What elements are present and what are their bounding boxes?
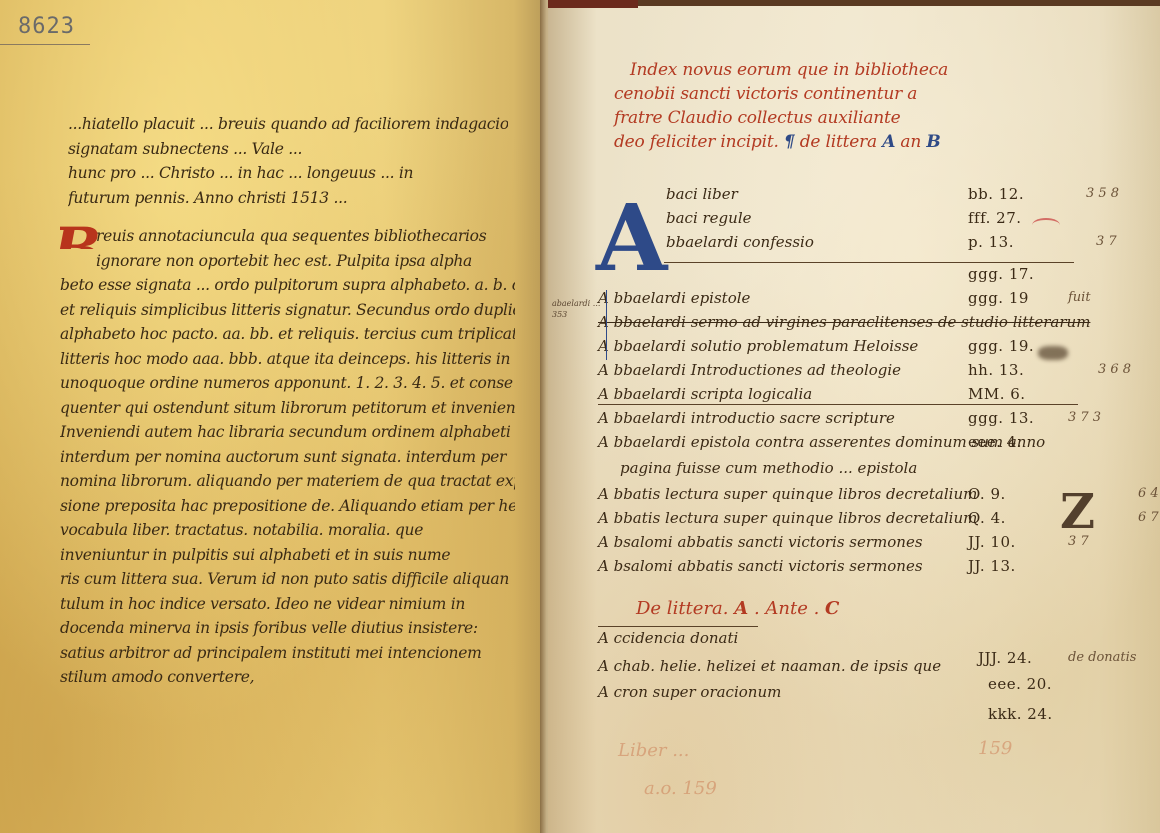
entry-shelfmark: JJ. 13. — [968, 554, 1016, 578]
index-entry: ggg. 17. — [598, 262, 1158, 286]
entry-title: A cron super oracionum — [598, 680, 781, 704]
entry-title: bbaelardi confessio — [666, 230, 814, 254]
entry-note: 3 5 8 — [1086, 182, 1119, 206]
index-entries: baci liber bb. 12. 3 5 8 baci regule fff… — [548, 6, 1160, 833]
entry-shelfmark: hh. 13. — [968, 358, 1024, 382]
entry-title: A bbaelardi solutio problematum Heloisse — [598, 334, 918, 358]
faded-footer-number: 159 — [978, 738, 1012, 759]
section-heading-letter-a: A — [734, 598, 748, 619]
entry-shelfmark: p. 13. — [968, 230, 1014, 254]
entry-note: 6 4 — [1138, 482, 1159, 506]
preface-top: ...hiatello placuit ... breuis quando ad… — [68, 112, 508, 210]
entry-shelfmark: MM. 6. — [968, 382, 1026, 406]
preface-line: signatam subnectens ... Vale ... — [68, 137, 508, 162]
entry-title: A bsalomi abbatis sancti victoris sermon… — [598, 530, 923, 554]
index-entry: A bbaelardi Introductiones ad theologie … — [598, 358, 1158, 382]
entry-shelfmark: ggg. 19 — [968, 286, 1029, 310]
body-line: beto esse signata ... ordo pulpitorum su… — [60, 273, 515, 298]
section-heading: De littera. A . Ante . C — [636, 598, 839, 619]
right-page: Index novus eorum que in bibliotheca cen… — [548, 6, 1160, 833]
entry-shelfmark: fff. 27. — [968, 206, 1022, 230]
entry-shelfmark: bb. 12. — [968, 182, 1024, 206]
body-line: alphabeto hoc pacto. aa. bb. et reliquis… — [60, 322, 515, 347]
body-line: unoquoque ordine numeros apponunt. 1. 2.… — [60, 371, 515, 396]
body-line: tulum in hoc indice versato. Ideo ne vid… — [60, 592, 515, 617]
preface-line: futurum pennis. Anno christi 1513 ... — [68, 186, 508, 211]
body-line: satius arbitror ad principalem instituti… — [60, 641, 515, 666]
body-line: ris cum littera sua. Verum id non puto s… — [60, 567, 515, 592]
entry-shelfmark: JJ. 10. — [968, 530, 1016, 554]
faded-footer-text: Liber ... — [618, 740, 689, 761]
entry-shelfmark: eee. 4. — [968, 430, 1022, 454]
entry-title: A bbaelardi Introductiones ad theologie — [598, 358, 901, 382]
entry-title: A bbaelardi scripta logicalia — [598, 382, 812, 406]
section-heading-letter-c: C — [825, 598, 839, 619]
body-line: Inveniendi autem hac libraria secundum o… — [60, 420, 515, 445]
entry-shelfmark: ggg. 19. — [968, 334, 1034, 358]
index-entry: A ccidencia donati JJJ. 24. de donatis — [598, 626, 1158, 650]
body-line: sione preposita hac prepositione de. Ali… — [60, 494, 515, 519]
red-correction-mark — [1032, 218, 1060, 232]
index-entry: bbaelardi confessio p. 13. 3 7 — [666, 230, 1160, 254]
index-entry: A bbaelardi scripta logicalia MM. 6. — [598, 382, 1158, 406]
entry-title: pagina fuisse cum methodio ... epistola — [620, 456, 917, 480]
index-entry: baci regule fff. 27. — [666, 206, 1160, 230]
entry-title: A bsalomi abbatis sancti victoris sermon… — [598, 554, 923, 578]
body-line: inveniuntur in pulpitis sui alphabeti et… — [60, 543, 515, 568]
left-page: 8623 ...hiatello placuit ... breuis quan… — [0, 0, 548, 833]
index-entry: A bbaelardi epistola contra asserentes d… — [598, 430, 1158, 454]
entry-title: A bbaelardi introductio sacre scripture — [598, 406, 895, 430]
entry-title: baci liber — [666, 182, 738, 206]
index-entry: A cron super oracionum kkk. 24. — [598, 680, 1158, 704]
preface-body: B reuis annotaciuncula qua sequentes bib… — [60, 224, 515, 690]
entry-note: 6 7 — [1138, 506, 1159, 530]
entry-note: fuit — [1068, 286, 1091, 310]
shelfmark-rule — [0, 44, 90, 45]
entry-title: baci regule — [666, 206, 752, 230]
index-entry: A chab. helie. helizei et naaman. de ips… — [598, 654, 1158, 678]
entry-shelfmark: O. 9. — [968, 482, 1006, 506]
entry-title: A bbatis lectura super quinque libros de… — [598, 482, 977, 506]
entry-title: A ccidencia donati — [598, 626, 738, 650]
faded-footer-number: a.o. 159 — [644, 778, 717, 799]
entry-note: 3 6 8 — [1098, 358, 1131, 382]
entry-rule — [598, 404, 1078, 405]
index-entry: A bsalomi abbatis sancti victoris sermon… — [598, 554, 1158, 578]
index-entry: A bbaelardi solutio problematum Heloisse… — [598, 334, 1158, 358]
body-line: ignorare non oportebit hec est. Pulpita … — [60, 249, 515, 274]
entry-shelfmark: ggg. 13. — [968, 406, 1034, 430]
body-line: nomina librorum. aliquando per materiem … — [60, 469, 515, 494]
illuminated-initial-b: B — [60, 224, 101, 249]
shelfmark: 8623 — [18, 14, 75, 39]
marginal-note: abaelardi ... 353 — [552, 298, 610, 320]
entry-title: A bbatis lectura super quinque libros de… — [598, 506, 977, 530]
entry-title: A bbaelardi epistole — [598, 286, 750, 310]
index-entry: A bbaelardi introductio sacre scripture … — [598, 406, 1158, 430]
entry-note: 3 7 — [1096, 230, 1117, 254]
large-z-mark: Z — [1060, 484, 1095, 540]
body-line-text: reuis annotaciuncula qua sequentes bibli… — [96, 227, 486, 245]
body-line: stilum amodo convertere, — [60, 665, 515, 690]
body-line: et reliquis simplicibus litteris signatu… — [60, 298, 515, 323]
body-line: interdum per nomina auctorum sunt signat… — [60, 445, 515, 470]
body-line: docenda minerva in ipsis foribus velle d… — [60, 616, 515, 641]
manuscript-spread: 8623 ...hiatello placuit ... breuis quan… — [0, 0, 1160, 833]
entry-shelfmark: Q. 4. — [968, 506, 1006, 530]
body-line: vocabula liber. tractatus. notabilia. mo… — [60, 518, 515, 543]
index-entry-struck: A bbaelardi sermo ad virgines paracliten… — [598, 310, 1158, 334]
entry-shelfmark: ggg. 17. — [968, 262, 1034, 286]
body-line-first: B reuis annotaciuncula qua sequentes bib… — [60, 224, 515, 249]
preface-line: ...hiatello placuit ... breuis quando ad… — [68, 112, 508, 137]
index-entry-continuation: pagina fuisse cum methodio ... epistola — [620, 456, 1160, 480]
body-line: litteris hoc modo aaa. bbb. atque ita de… — [60, 347, 515, 372]
entry-shelfmark: kkk. 24. — [988, 702, 1053, 726]
entry-note: 3 7 3 — [1068, 406, 1101, 430]
index-entry: baci liber bb. 12. 3 5 8 — [666, 182, 1160, 206]
index-entry: A bbaelardi epistole ggg. 19 fuit — [598, 286, 1158, 310]
entry-title: A bbaelardi sermo ad virgines paracliten… — [598, 310, 1090, 334]
body-line: quenter qui ostendunt situm librorum pet… — [60, 396, 515, 421]
ink-blot — [1038, 346, 1068, 360]
entry-title: A chab. helie. helizei et naaman. de ips… — [598, 654, 941, 678]
section-heading-prefix: De littera. — [636, 598, 729, 619]
section-heading-middle: . Ante . — [754, 598, 819, 619]
preface-line: hunc pro ... Christo ... in hac ... long… — [68, 161, 508, 186]
